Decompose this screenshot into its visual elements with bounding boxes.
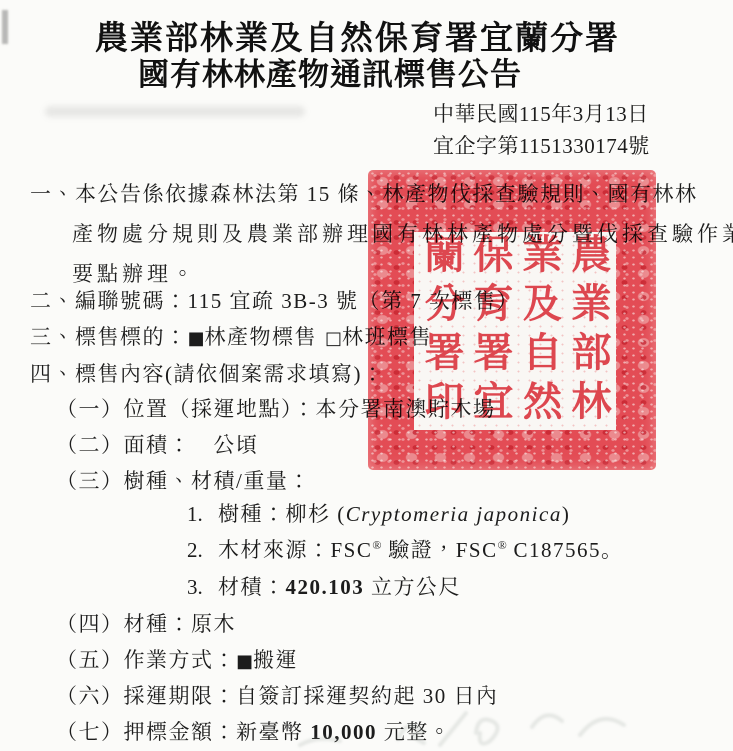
sub-item-species-volume: （三）樹種、材積/重量： bbox=[56, 468, 311, 494]
list-volume-unit: 立方公尺 bbox=[364, 575, 461, 599]
list-volume-value: 420.103 bbox=[286, 575, 365, 599]
list-species: 1.樹種：柳杉 (Cryptomeria japonica) bbox=[187, 501, 570, 527]
bleedthrough-smudge-top bbox=[45, 106, 305, 117]
list-wood-source-text2: 驗證，FSC bbox=[382, 538, 498, 562]
list-species-close: ) bbox=[562, 502, 571, 526]
sub-item-material-type: （四）材種：原木 bbox=[56, 611, 236, 637]
title-line-2: 國有林林產物通訊標售公告 bbox=[138, 57, 522, 93]
list-species-latin-name: Cryptomeria japonica bbox=[346, 502, 562, 526]
list-volume: 3.材積：420.103 立方公尺 bbox=[187, 574, 461, 600]
list-species-text: 樹種：柳杉 ( bbox=[218, 502, 346, 526]
checkbox-filled-icon: ■ bbox=[188, 328, 205, 349]
tender-subject-option1: 林產物標售 bbox=[205, 325, 318, 349]
document-number: 宜企字第1151330174號 bbox=[433, 133, 650, 159]
issue-date: 中華民國115年3月13日 bbox=[433, 101, 649, 127]
sub-item-area: （二）面積： 公頃 bbox=[56, 432, 259, 458]
list-volume-number: 3. bbox=[187, 574, 218, 600]
checkbox-empty-icon: □ bbox=[325, 328, 342, 349]
registered-mark-icon: ® bbox=[372, 538, 381, 552]
operation-method-label: （五）作業方式： bbox=[56, 648, 236, 672]
title-line-1: 農業部林業及自然保育署宜蘭分署 bbox=[95, 20, 620, 58]
deposit-amount-label: （七）押標金額：新臺幣 bbox=[56, 720, 310, 744]
checkbox-filled-icon: ■ bbox=[236, 651, 253, 672]
item-legal-basis-line3: 要點辦理。 bbox=[72, 261, 197, 287]
item-tender-content: 四、標售內容(請依個案需求填寫)： bbox=[30, 361, 385, 387]
list-volume-label: 材積： bbox=[218, 575, 286, 599]
list-wood-source-number: 2. bbox=[187, 537, 218, 563]
official-seal-inner-panel: 農業部林業及自然保育署宜蘭分署印 bbox=[414, 232, 616, 430]
operation-method-value: 搬運 bbox=[253, 648, 298, 672]
registered-mark-icon: ® bbox=[498, 538, 507, 552]
list-wood-source: 2.木材來源：FSC® 驗證，FSC® C187565。 bbox=[187, 537, 624, 563]
sub-item-operation-method: （五）作業方式：■搬運 bbox=[56, 647, 298, 675]
announcement-document: 農業部林業及自然保育署宜蘭分署 國有林林產物通訊標售公告 中華民國115年3月1… bbox=[0, 0, 733, 751]
list-species-number: 1. bbox=[187, 501, 218, 527]
list-wood-source-text1: 木材來源：FSC bbox=[218, 538, 372, 562]
scan-edge-speck bbox=[2, 10, 8, 44]
tender-subject-label: 三、標售標的： bbox=[30, 325, 188, 349]
list-wood-source-text3: C187565。 bbox=[507, 538, 624, 562]
bleedthrough-smudge-bottom bbox=[280, 675, 733, 751]
official-seal-stamp: 農業部林業及自然保育署宜蘭分署印 bbox=[368, 170, 656, 470]
official-seal-text: 農業部林業及自然保育署宜蘭分署印 bbox=[417, 233, 613, 429]
